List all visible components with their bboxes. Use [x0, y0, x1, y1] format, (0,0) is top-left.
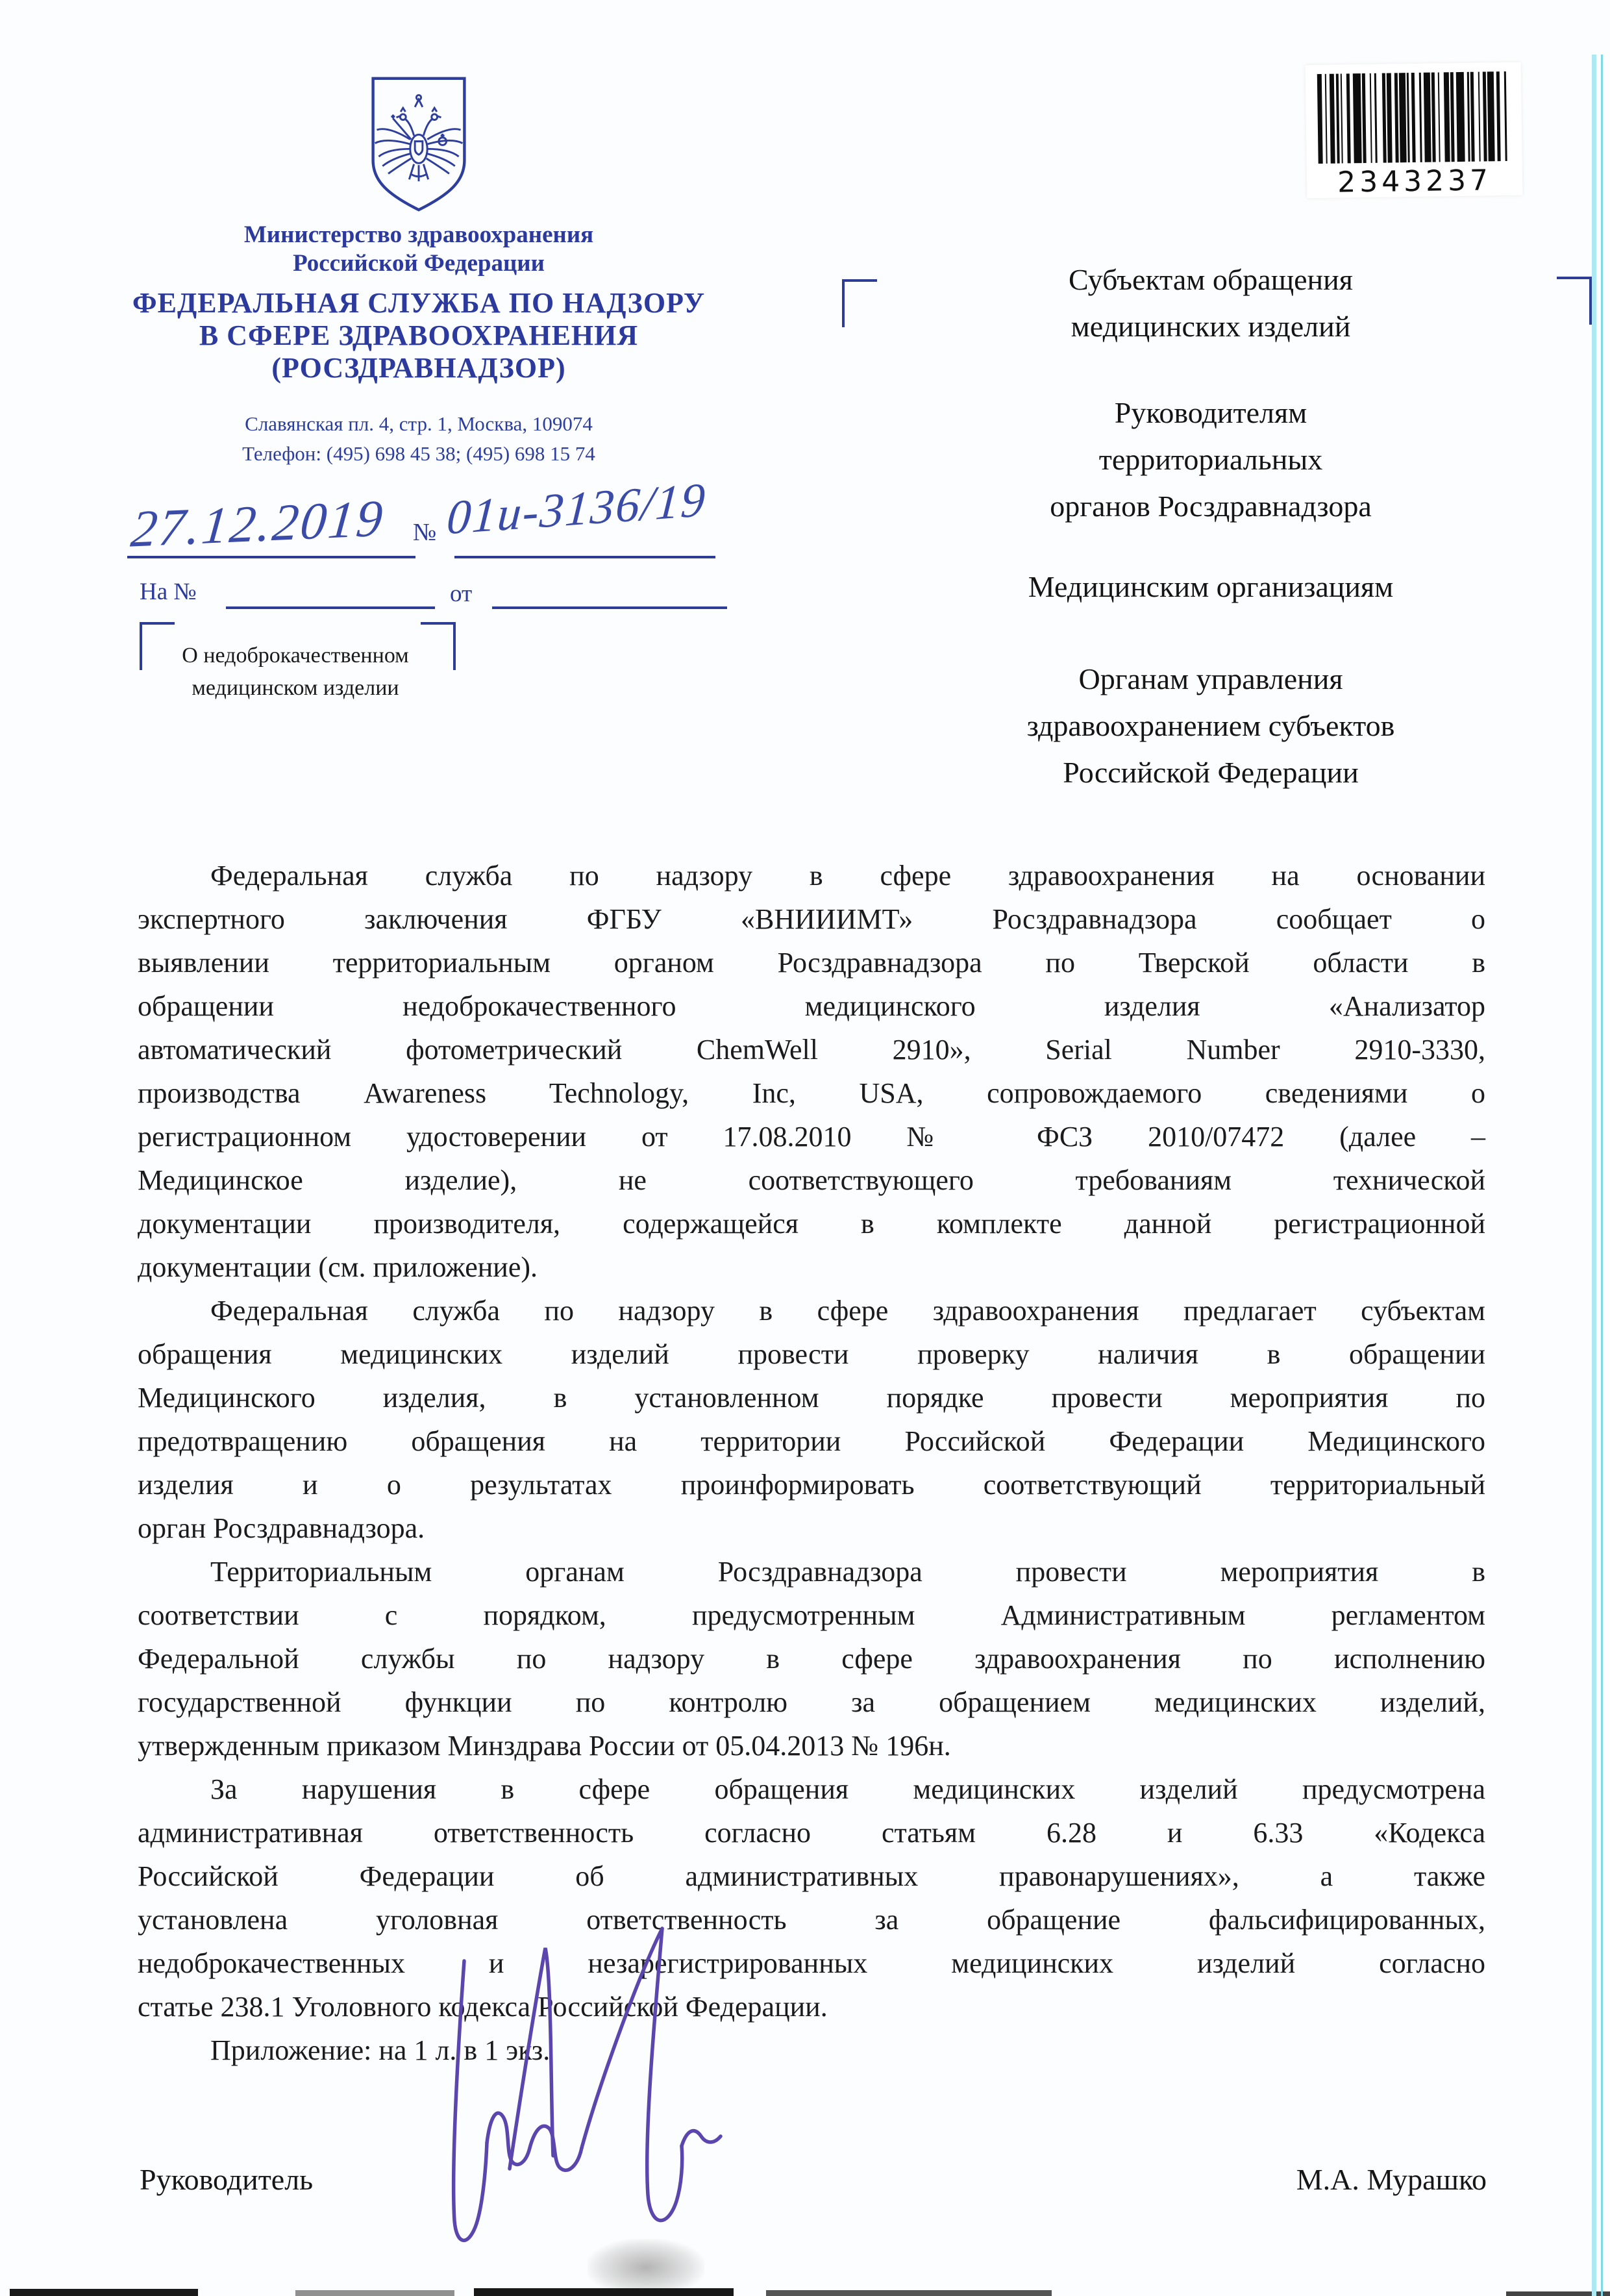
addressee-line: Медицинским организациям: [928, 564, 1493, 610]
addressee-line: здравоохранением субъектов: [928, 703, 1493, 749]
body-line: установлена уголовная ответственность за…: [138, 1898, 1485, 1941]
body-line: экспертного заключения ФГБУ «ВНИИИМТ» Ро…: [138, 897, 1485, 941]
date-form-line: [127, 556, 415, 558]
barcode-number: 2343237: [1307, 164, 1523, 200]
service-name-line2: В СФЕРЕ ЗДРАВООХРАНЕНИЯ: [62, 319, 776, 352]
signature-scribble: [390, 1922, 779, 2273]
addressee-line: Субъектам обращения: [928, 256, 1493, 303]
from-label: от: [450, 580, 472, 608]
barcode-bars: [1317, 71, 1511, 164]
addressee-group-4: Органам управления здравоохранением субъ…: [928, 656, 1493, 796]
addressee-line: органов Росздравнадзора: [928, 483, 1493, 530]
attachment-line: Приложение: на 1 л. в 1 экз.: [138, 2028, 1485, 2072]
signoff-name: М.А. Мурашко: [1259, 2162, 1487, 2197]
ministry-name-line2: Российской Федерации: [62, 249, 776, 278]
addressee-corner-left: [842, 279, 877, 327]
barcode-gap: [1505, 71, 1510, 161]
scan-cyan-edge-line: [1601, 55, 1603, 2296]
addressee-line: Руководителям: [928, 390, 1493, 436]
body-line: Территориальным органам Росздравнадзора …: [138, 1550, 1485, 1593]
address-line: Славянская пл. 4, стр. 1, Москва, 109074: [62, 412, 776, 436]
addressee-line: медицинских изделий: [928, 303, 1493, 350]
body-line: документации производителя, содержащейся…: [138, 1202, 1485, 1245]
addressee-group-2: Руководителям территориальных органов Ро…: [928, 390, 1493, 530]
ministry-name-line1: Министерство здравоохранения: [62, 221, 776, 249]
scan-edge-artifact: [766, 2290, 1052, 2296]
subject-line1: О недоброкачественном: [169, 640, 422, 672]
subject-block: О недоброкачественном медицинском издели…: [169, 640, 422, 705]
body-line: За нарушения в сфере обращения медицинск…: [138, 1767, 1485, 1811]
subject-line2: медицинском изделии: [169, 672, 422, 705]
number-sign: №: [413, 518, 436, 547]
body-line: предотвращению обращения на территории Р…: [138, 1419, 1485, 1463]
body-line: выявлении территориальным органом Росздр…: [138, 941, 1485, 984]
body-line: обращении недоброкачественного медицинск…: [138, 984, 1485, 1028]
body-line: обращения медицинских изделий провести п…: [138, 1332, 1485, 1376]
subject-corner-right: [421, 622, 456, 670]
addressee-line: территориальных: [928, 436, 1493, 483]
body-line: регистрационном удостоверении от 17.08.2…: [138, 1115, 1485, 1158]
body-line: Федеральная служба по надзору в сфере зд…: [138, 1289, 1485, 1332]
number-form-line: [454, 556, 715, 558]
scan-cyan-edge-line: [1592, 55, 1596, 2296]
scan-smudge-artifact: [588, 2239, 704, 2296]
scanned-letter-page: Министерство здравоохранения Российской …: [0, 0, 1610, 2296]
body-line: соответствии с порядком, предусмотренным…: [138, 1593, 1485, 1637]
addressee-corner-right: [1557, 277, 1592, 325]
body-text: Федеральная служба по надзору в сфере зд…: [138, 854, 1485, 2072]
body-line: Медицинское изделие), не соответствующег…: [138, 1158, 1485, 1202]
body-line: автоматический фотометрический ChemWell …: [138, 1028, 1485, 1071]
addressee-line: Органам управления: [928, 656, 1493, 703]
on-number-form-line: [226, 606, 435, 609]
body-line: административная ответственность согласн…: [138, 1811, 1485, 1854]
addressee-group-1: Субъектам обращения медицинских изделий: [928, 256, 1493, 350]
scan-edge-artifact: [295, 2290, 454, 2296]
scan-edge-artifact: [474, 2288, 734, 2296]
body-line: недоброкачественных и незарегистрированн…: [138, 1941, 1485, 1985]
letterhead: Министерство здравоохранения Российской …: [62, 221, 776, 466]
handwritten-number: 01и-3136/19: [445, 473, 708, 547]
from-form-line: [492, 606, 727, 609]
scan-edge-artifact: [10, 2289, 198, 2296]
body-line: Медицинского изделия, в установленном по…: [138, 1376, 1485, 1419]
phone-line: Телефон: (495) 698 45 38; (495) 698 15 7…: [62, 442, 776, 466]
on-number-label: На №: [140, 578, 197, 606]
signoff-position: Руководитель: [140, 2162, 313, 2197]
body-line: изделия и о результатах проинформировать…: [138, 1463, 1485, 1506]
addressee-group-3: Медицинским организациям: [928, 564, 1493, 610]
body-line: Федеральная служба по надзору в сфере зд…: [138, 854, 1485, 897]
service-name-line3: (РОСЗДРАВНАДЗОР): [62, 352, 776, 384]
handwritten-date: 27.12.2019: [129, 489, 387, 559]
body-line: производства Awareness Technology, Inc, …: [138, 1071, 1485, 1115]
body-line: государственной функции по контролю за о…: [138, 1680, 1485, 1724]
body-line: утвержденным приказом Минздрава России о…: [138, 1724, 1485, 1767]
body-line: орган Росздравнадзора.: [138, 1506, 1485, 1550]
body-line: Федеральной службы по надзору в сфере зд…: [138, 1637, 1485, 1680]
body-line: документации (см. приложение).: [138, 1245, 1485, 1289]
body-line: статье 238.1 Уголовного кодекса Российск…: [138, 1985, 1485, 2028]
coat-of-arms-emblem: [359, 73, 478, 216]
barcode: 2343237: [1306, 62, 1523, 199]
body-line: Российской Федерации об административных…: [138, 1854, 1485, 1898]
service-name-line1: ФЕДЕРАЛЬНАЯ СЛУЖБА ПО НАДЗОРУ: [62, 287, 776, 319]
addressee-line: Российской Федерации: [928, 749, 1493, 796]
